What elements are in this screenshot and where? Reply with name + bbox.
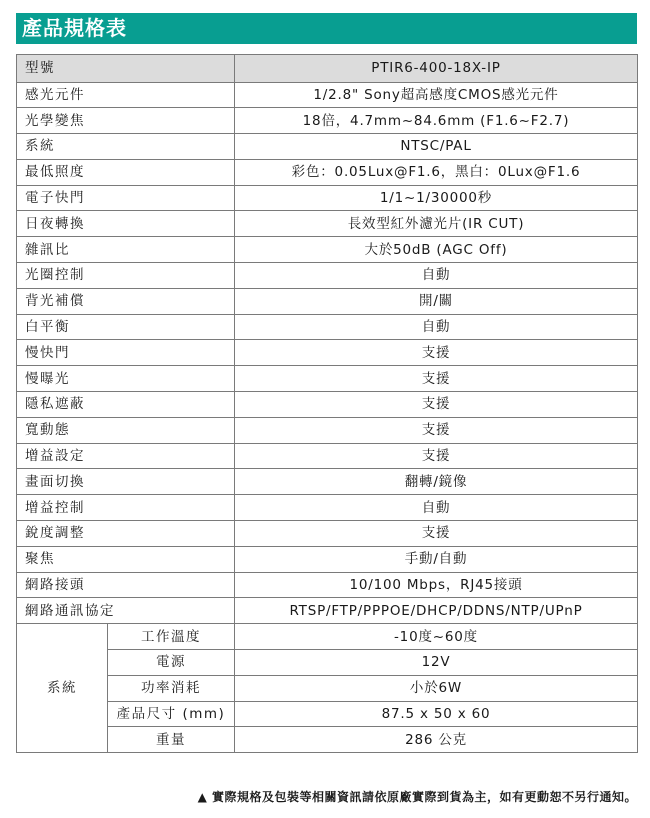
table-row: 重量286 公克	[17, 727, 638, 753]
sub-row-label: 重量	[108, 727, 235, 753]
row-label: 聚焦	[17, 546, 235, 572]
row-value: 支援	[235, 521, 638, 547]
table-row: 增益設定支援	[17, 443, 638, 469]
row-value: 支援	[235, 417, 638, 443]
row-label: 增益控制	[17, 495, 235, 521]
table-row: 白平衡自動	[17, 314, 638, 340]
model-label: 型號	[17, 55, 235, 83]
table-row: 網路通訊協定RTSP/FTP/PPPOE/DHCP/DDNS/NTP/UPnP	[17, 598, 638, 624]
row-label: 銳度調整	[17, 521, 235, 547]
row-label: 感光元件	[17, 82, 235, 108]
spec-table: 型號 PTIR6-400-18X-IP 感光元件1/2.8" Sony超高感度C…	[16, 54, 638, 753]
table-row: 隱私遮蔽支援	[17, 392, 638, 418]
row-value: 翻轉/鏡像	[235, 469, 638, 495]
spec-banner: 產品規格表	[16, 13, 637, 44]
sub-row-value: 12V	[235, 650, 638, 676]
row-value: NTSC/PAL	[235, 134, 638, 160]
sub-row-label: 工作溫度	[108, 624, 235, 650]
row-label: 光學變焦	[17, 108, 235, 134]
row-label: 增益設定	[17, 443, 235, 469]
sub-row-label: 產品尺寸 (mm)	[108, 701, 235, 727]
table-row: 慢快門支援	[17, 340, 638, 366]
row-label: 系統	[17, 134, 235, 160]
table-row: 電子快門1/1~1/30000秒	[17, 185, 638, 211]
footnote: ▲ 實際規格及包裝等相關資訊請依原廠實際到貨為主，如有更動恕不另行通知。	[198, 788, 637, 805]
table-row: 聚焦手動/自動	[17, 546, 638, 572]
table-row: 電源12V	[17, 650, 638, 676]
sub-row-value: 小於6W	[235, 675, 638, 701]
row-label: 寬動態	[17, 417, 235, 443]
row-label: 背光補償	[17, 288, 235, 314]
table-row: 背光補償開/關	[17, 288, 638, 314]
sub-row-label: 電源	[108, 650, 235, 676]
group-label-system: 系統	[17, 624, 108, 753]
table-row: 最低照度彩色：0.05Lux@F1.6，黑白：0Lux@F1.6	[17, 159, 638, 185]
table-row: 慢曝光支援	[17, 366, 638, 392]
sub-row-value: 87.5 x 50 x 60	[235, 701, 638, 727]
table-row: 增益控制自動	[17, 495, 638, 521]
row-value: 1/2.8" Sony超高感度CMOS感光元件	[235, 82, 638, 108]
page-title: 產品規格表	[22, 16, 127, 41]
table-row: 系統 工作溫度 -10度~60度	[17, 624, 638, 650]
row-label: 網路通訊協定	[17, 598, 235, 624]
row-value: 長效型紅外濾光片(IR CUT)	[235, 211, 638, 237]
table-row: 產品尺寸 (mm)87.5 x 50 x 60	[17, 701, 638, 727]
table-row: 銳度調整支援	[17, 521, 638, 547]
row-value: RTSP/FTP/PPPOE/DHCP/DDNS/NTP/UPnP	[235, 598, 638, 624]
row-label: 網路接頭	[17, 572, 235, 598]
model-value: PTIR6-400-18X-IP	[235, 55, 638, 83]
table-row: 光學變焦18倍，4.7mm~84.6mm (F1.6~F2.7)	[17, 108, 638, 134]
table-row: 日夜轉換長效型紅外濾光片(IR CUT)	[17, 211, 638, 237]
row-label: 日夜轉換	[17, 211, 235, 237]
table-row: 寬動態支援	[17, 417, 638, 443]
table-row: 畫面切換翻轉/鏡像	[17, 469, 638, 495]
row-value: 自動	[235, 314, 638, 340]
table-row: 光圈控制自動	[17, 263, 638, 289]
row-label: 光圈控制	[17, 263, 235, 289]
row-value: 開/關	[235, 288, 638, 314]
table-row: 網路接頭10/100 Mbps，RJ45接頭	[17, 572, 638, 598]
row-value: 彩色：0.05Lux@F1.6，黑白：0Lux@F1.6	[235, 159, 638, 185]
table-row: 功率消耗小於6W	[17, 675, 638, 701]
table-row: 系統NTSC/PAL	[17, 134, 638, 160]
row-label: 電子快門	[17, 185, 235, 211]
row-label: 雜訊比	[17, 237, 235, 263]
row-value: 支援	[235, 392, 638, 418]
sub-row-value: -10度~60度	[235, 624, 638, 650]
row-value: 1/1~1/30000秒	[235, 185, 638, 211]
row-value: 18倍，4.7mm~84.6mm (F1.6~F2.7)	[235, 108, 638, 134]
row-label: 白平衡	[17, 314, 235, 340]
row-label: 隱私遮蔽	[17, 392, 235, 418]
table-row: 感光元件1/2.8" Sony超高感度CMOS感光元件	[17, 82, 638, 108]
row-value: 手動/自動	[235, 546, 638, 572]
row-value: 大於50dB (AGC Off)	[235, 237, 638, 263]
sub-row-label: 功率消耗	[108, 675, 235, 701]
table-header-row: 型號 PTIR6-400-18X-IP	[17, 55, 638, 83]
row-value: 自動	[235, 263, 638, 289]
row-value: 10/100 Mbps，RJ45接頭	[235, 572, 638, 598]
row-label: 最低照度	[17, 159, 235, 185]
row-value: 支援	[235, 340, 638, 366]
row-label: 畫面切換	[17, 469, 235, 495]
row-value: 支援	[235, 366, 638, 392]
sub-row-value: 286 公克	[235, 727, 638, 753]
row-value: 自動	[235, 495, 638, 521]
row-label: 慢快門	[17, 340, 235, 366]
row-label: 慢曝光	[17, 366, 235, 392]
row-value: 支援	[235, 443, 638, 469]
table-row: 雜訊比大於50dB (AGC Off)	[17, 237, 638, 263]
